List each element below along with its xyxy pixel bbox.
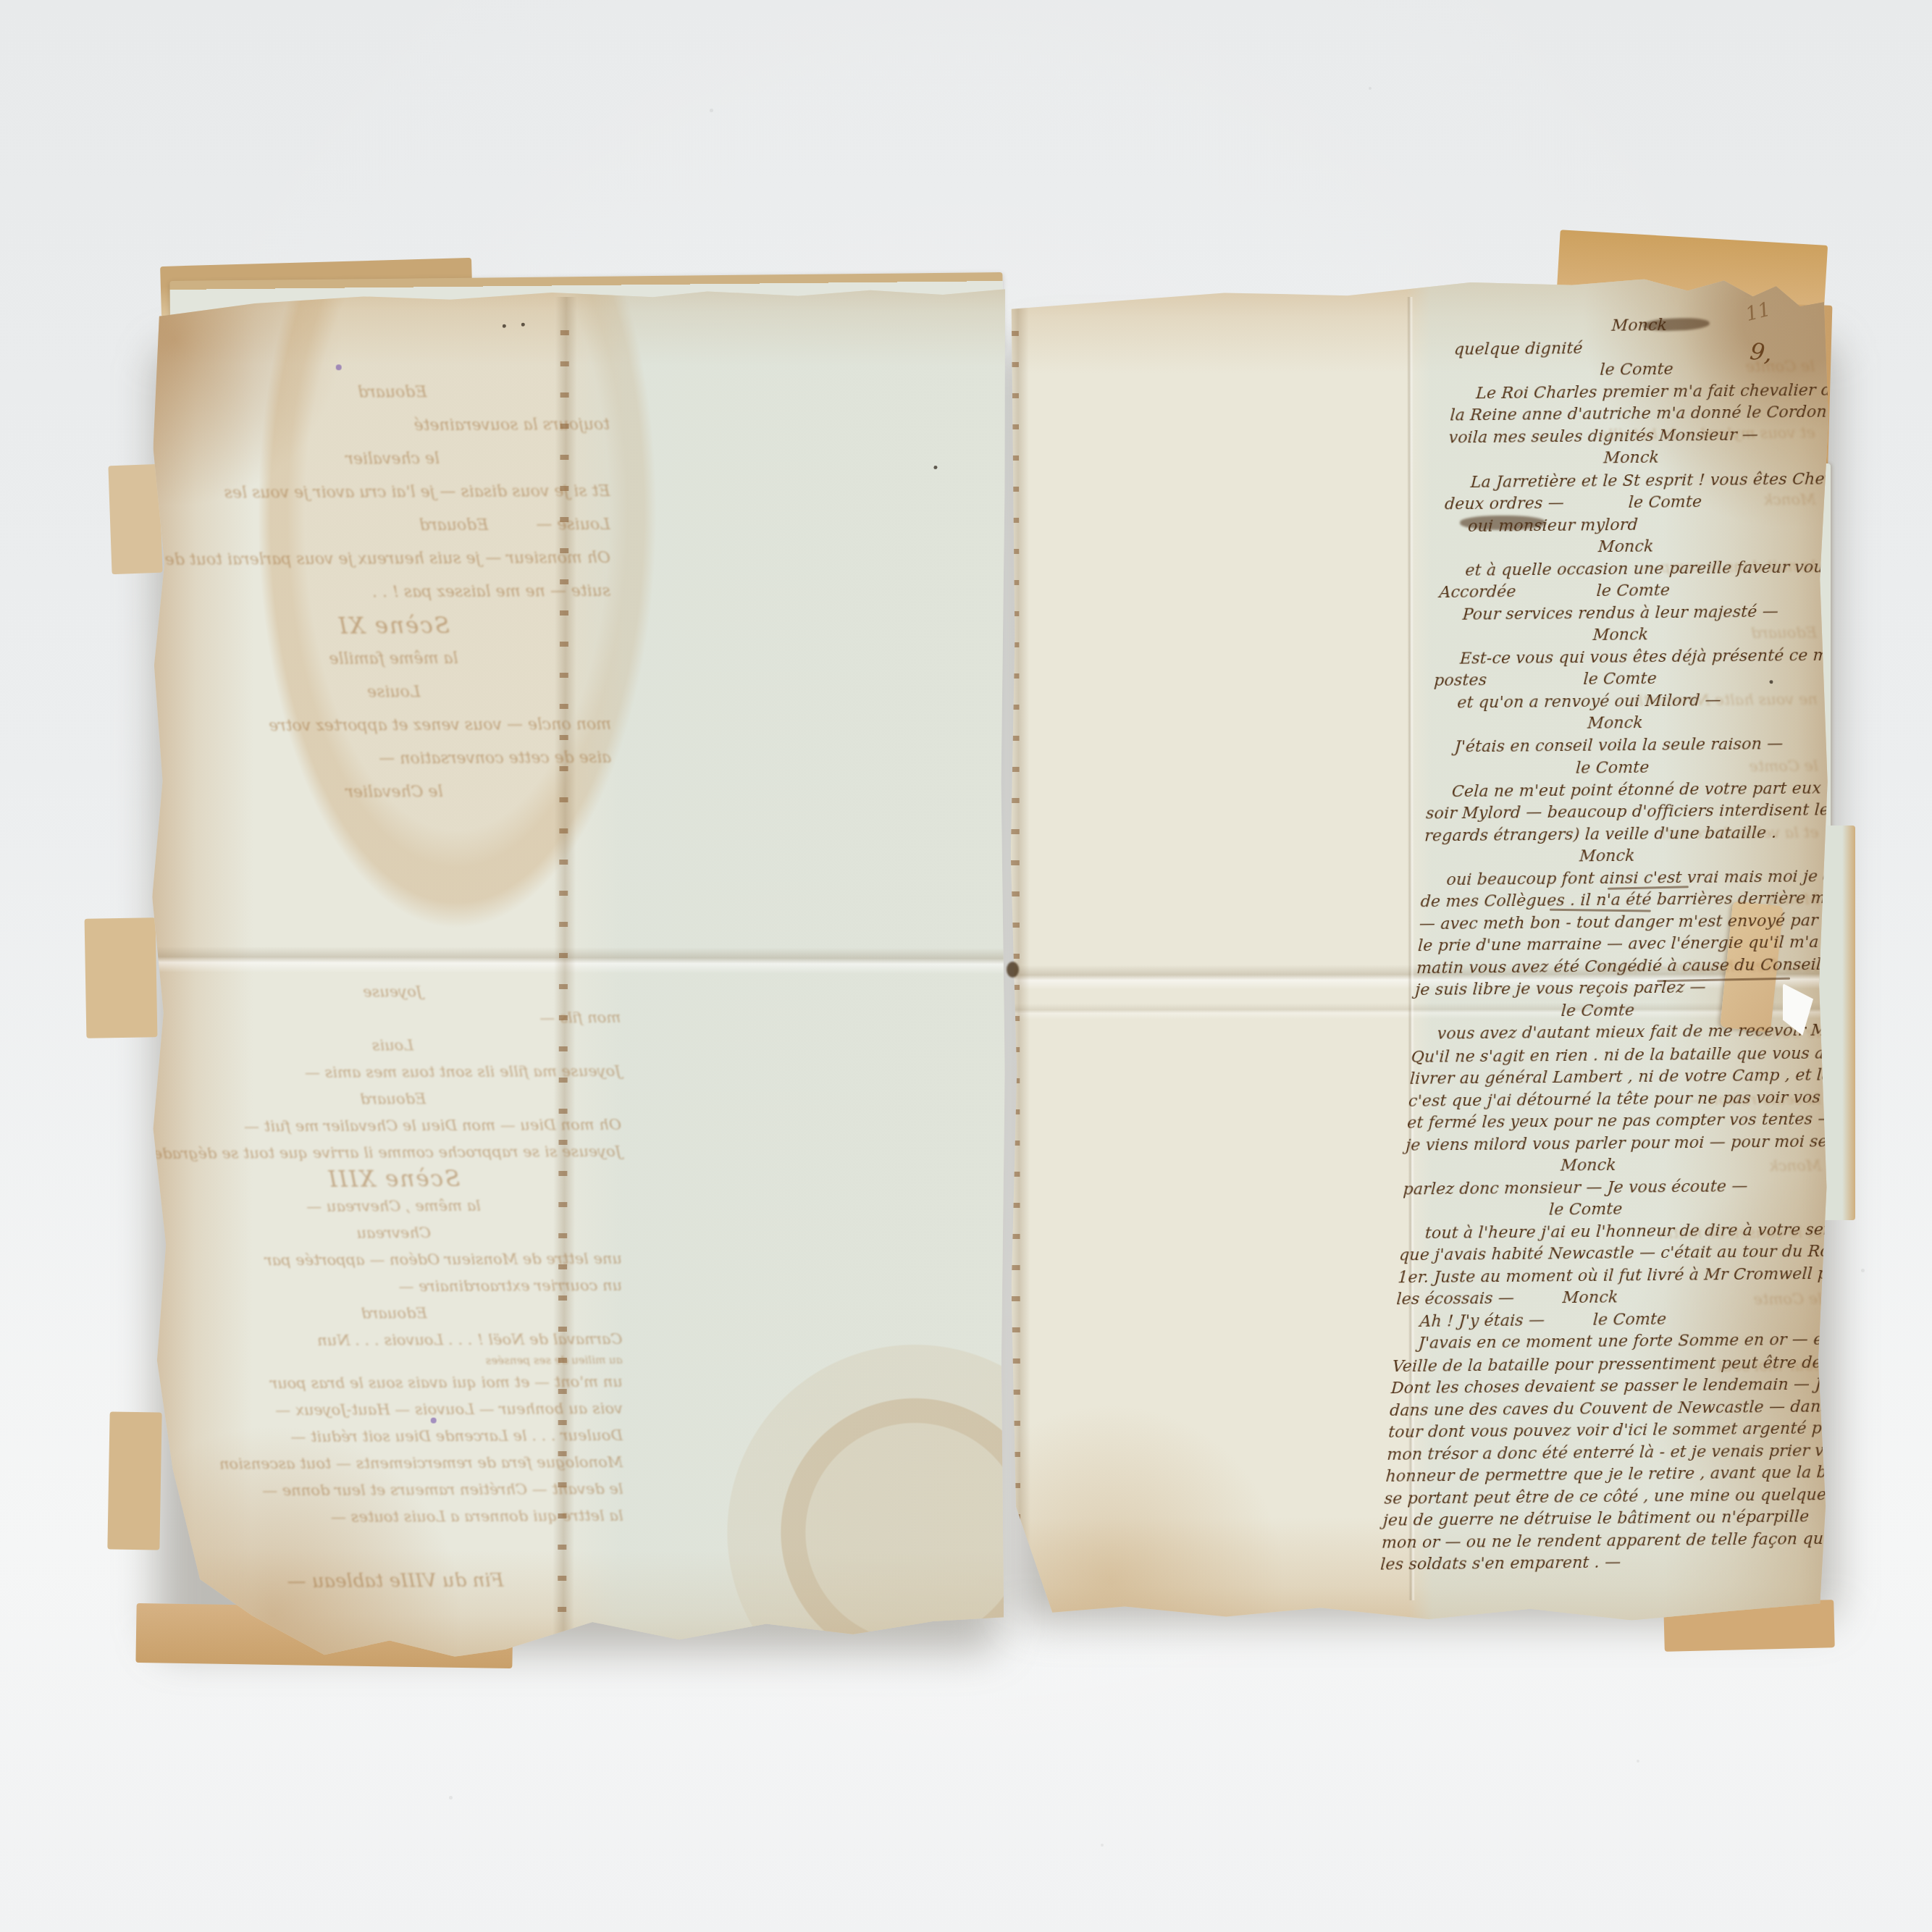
handwritten-line: soir Mylord — beaucoup d'officiers inter… [1425, 799, 1845, 826]
stitch-line-center-fold [1010, 305, 1020, 1601]
photo-backdrop: Edouardtoujours la souverainetéle cheval… [0, 0, 1932, 1932]
pinhole-2 [521, 323, 525, 327]
handwritten-line: J'avais en ce moment une forte Somme en … [1393, 1330, 1813, 1356]
dust-speck [1861, 1269, 1865, 1272]
handwritten-line: le prie d'une marraine — avec l'énergie … [1417, 932, 1837, 958]
pinhole-3 [933, 466, 937, 469]
handwritten-line: honneur de permettre que je le retire , … [1385, 1462, 1805, 1488]
ghost-line: la même , Chevreau — [165, 1192, 621, 1221]
ghost-line: Edouard [165, 1085, 621, 1114]
ghost-line: la lettre qui donnera a Louis toutes — [167, 1503, 623, 1532]
ghost-line: le devant — Chrétien rameurs et leur don… [167, 1476, 623, 1505]
handwritten-line: et à quelle occasion une pareille faveur… [1440, 556, 1860, 582]
violet-speck-2 [431, 1418, 437, 1424]
ink-blot-word [1460, 516, 1545, 530]
under-sheet-left-tab-3 [107, 1411, 161, 1550]
ghost-line: toujours la souveraineté [175, 408, 610, 444]
ghost-line: un courrier extraordinaire — [166, 1272, 622, 1301]
handwritten-line: jeu de guerre ne détruise le bâtiment ou… [1382, 1506, 1802, 1532]
ghost-line: Louise [177, 675, 611, 710]
ghost-line: Louis [164, 1031, 621, 1060]
ghost-line: la même famille [176, 642, 610, 677]
ghost-line: Et si je vous disais — je l'ai cru avoir… [175, 475, 610, 511]
ghost-line: un m'ont — et moi qui avais sous le bras… [167, 1369, 623, 1398]
handwritten-line: mon or — ou ne le rendent apparent de te… [1381, 1529, 1801, 1555]
handwritten-line: la Reine anne d'autriche m'a donné le Co… [1449, 401, 1869, 427]
dust-speck [1101, 1844, 1104, 1847]
ghost-line: une lettre de Monsieur Odéon — apportée … [166, 1246, 622, 1274]
ghost-text-lower: Joyeusemon fils —LouisJoyeuse ma fille i… [164, 978, 623, 1596]
pinhole-1 [503, 324, 506, 328]
violet-speck-1 [336, 364, 342, 370]
ghost-line: Chevreau [166, 1219, 622, 1248]
ghost-line: Edouard [175, 375, 610, 411]
ghost-line: vois au bonheur — Louvois — Haut-Joyeux … [167, 1395, 623, 1424]
handwritten-line: matin vous avez été Congédié à cause du … [1416, 954, 1836, 980]
handwritten-line: je viens milord vous parler pour moi — p… [1405, 1131, 1825, 1157]
dust-speck [710, 109, 713, 112]
wear-hole-center [1007, 962, 1019, 978]
dust-speck [1369, 87, 1372, 90]
ghost-line: Douleur . . . le Larcende Dieu soit rédu… [167, 1422, 623, 1451]
handwritten-line: tour dont vous pouvez voir d'ici le somm… [1387, 1418, 1807, 1444]
manuscript-left-spread: Edouardtoujours la souverainetéle cheval… [143, 274, 1008, 1659]
ghost-line: Louise — Edouard [176, 508, 610, 544]
ghost-line: Scène XI [176, 608, 610, 644]
ghost-line: Fin du VIIIe tableau — [167, 1567, 623, 1596]
handwritten-line: Est-ce vous qui vous êtes déjà présenté … [1435, 644, 1855, 671]
ghost-line: Scène XIII [165, 1165, 621, 1194]
ghost-line: le Chevalier [177, 775, 611, 810]
handwritten-line: et fermé les yeux pour ne pas compter vo… [1406, 1109, 1826, 1135]
ghost-line: suite — ne me laissez pas ! . . [176, 575, 610, 610]
ghost-line: Joyeuse ma fille ils sont tous mes amis … [165, 1058, 621, 1087]
manuscript-text-column: Monckquelque dignitéle ComteLe Roi Charl… [1379, 313, 1874, 1576]
ghost-line: mon oncle — vous venez et apportez votre [177, 708, 611, 744]
under-sheet-left-tab-1 [108, 464, 162, 574]
ghost-line: au milieu de ses pensées [167, 1353, 623, 1371]
dust-speck [1637, 1760, 1639, 1763]
handwritten-line: livrer au général Lambert , ni de votre … [1409, 1064, 1829, 1091]
handwritten-line: La Jarretière et le St esprit ! vous ête… [1445, 468, 1865, 494]
page-number: 9, [1749, 337, 1774, 367]
under-sheet-left-tab-2 [85, 917, 158, 1038]
ghost-line: Oh mon Dieu — mon Dieu le Chevalier me f… [165, 1112, 621, 1141]
ghost-line: Carnaval de Noël ! . . . Louvois . . . N… [166, 1326, 622, 1355]
ghost-line: Oh monsieur — je suis heureux je vous pa… [176, 542, 610, 577]
dust-speck [449, 1796, 453, 1799]
handwritten-line: Dont les choses devaient se passer le le… [1390, 1374, 1810, 1400]
ghost-line: Joyeuse si se rapproche comme il arrive … [165, 1138, 621, 1167]
ghost-line: mon fils — [164, 1004, 621, 1033]
ghost-text-upper: Edouardtoujours la souverainetéle cheval… [175, 375, 612, 810]
pinhole-4 [1769, 680, 1773, 684]
handwritten-line: que j'avais habité Newcastle — c'était a… [1398, 1241, 1818, 1267]
ghost-line: Edouard [166, 1299, 622, 1328]
handwritten-line: 1er. Juste au moment où il fut livré à M… [1397, 1264, 1817, 1290]
handwritten-line: vous avez d'autant mieux fait de me rece… [1412, 1020, 1832, 1046]
ghost-line: aise de cette conversation — [177, 742, 611, 777]
handwritten-line: les soldats s'en emparent . — [1379, 1550, 1799, 1576]
ghost-line: le chevalier [175, 442, 610, 477]
ghost-line: Monologue fera de remerciements — tout a… [167, 1449, 623, 1478]
manuscript-right-spread: le Comteet vous mylord — la batailleMonc… [1007, 274, 1857, 1637]
ghost-line: Joyeuse [164, 978, 621, 1007]
